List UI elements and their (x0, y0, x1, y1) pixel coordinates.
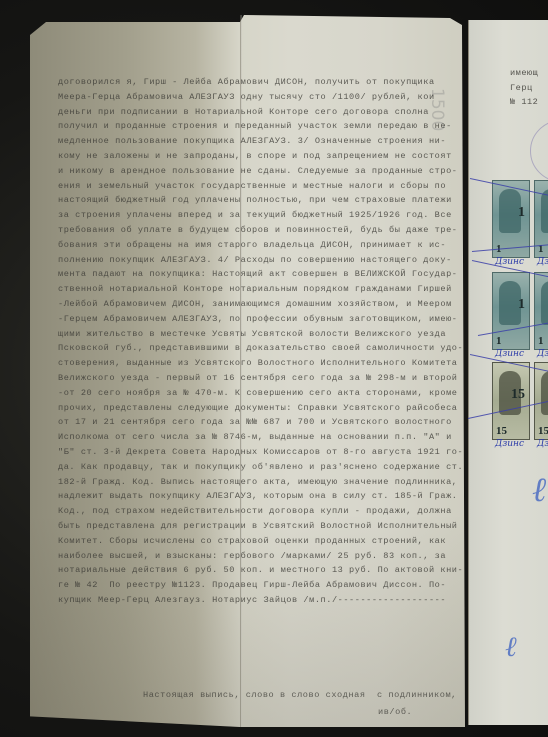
text-line: надлежит выдать покупщику АЛЕЗГАУЗ, кото… (58, 489, 458, 504)
right-text-line: Герц (510, 81, 538, 96)
text-line: -Лейбой Абрамовичем ДИСОН, занимающимся … (58, 297, 458, 312)
stamp-denomination-small: 1 (538, 335, 544, 347)
text-line: Исполкома от сего числа за № 8746-м, выд… (58, 430, 458, 445)
stamp-denomination: 1 (518, 205, 525, 221)
text-line: Код., под страхом недействительности дог… (58, 504, 458, 519)
stamp-denomination-small: 15 (496, 425, 507, 437)
text-line: Меера-Герца Абрамовича АЛЕЗГАУЗ одну тыс… (58, 90, 458, 105)
text-line: да. Как продавцу, так и покупщику об'явл… (58, 460, 458, 475)
text-line: Псковской губ., представившими в доказат… (58, 341, 458, 356)
text-line: нотариальные действия 6 руб. 50 коп. и м… (58, 563, 458, 578)
text-line: -от 20 сего ноября за № 470-м. К соверше… (58, 386, 458, 401)
stamp-cancellation: Дзинс (495, 439, 524, 449)
text-line: от 17 и 21 сентября сего года за №№ 687 … (58, 415, 458, 430)
stamp-denomination: 1 (518, 297, 525, 313)
stamp-cancellation: Дзинс (537, 349, 548, 359)
stamp-denomination: 15 (511, 387, 525, 403)
text-line: прочих, представлены следующие документы… (58, 401, 458, 416)
text-line: стоверения, выданные из Усвятского Волос… (58, 356, 458, 371)
text-line: требования об уплате в будущем сборов и … (58, 223, 458, 238)
revenue-stamp: 11Дзинс (534, 272, 548, 350)
text-line: Велижского уезда - первый от 16 сентября… (58, 371, 458, 386)
text-line: ственной нотариальной Конторе нотариальн… (58, 282, 458, 297)
text-line: купщик Меер-Герц Алезгауз. Нотариус Зайц… (58, 593, 458, 608)
closing-line: Настоящая выпись, слово в слово сходная … (143, 690, 457, 700)
handwritten-signature: ℓ (532, 470, 546, 510)
text-line: и никому в арендное пользование не сданы… (58, 164, 458, 179)
text-line: быть представлена для регистрации в Усвя… (58, 519, 458, 534)
stamp-denomination-small: 15 (538, 425, 548, 437)
revenue-stamp: 11Дзинс (492, 272, 530, 350)
text-line: полнению покупщик АЛЕЗГАУЗ. 4/ Расходы п… (58, 253, 458, 268)
text-line: кому не заложены и не запроданы, в споре… (58, 149, 458, 164)
text-line: медленное пользование покупщика АЛЕЗГАУЗ… (58, 134, 458, 149)
typewritten-body: договорился я, Гирш - Лейба Абрамович ДИ… (58, 75, 458, 608)
right-page-text: имеющГерц№ 112 (510, 66, 538, 110)
worker-figure-icon (541, 371, 548, 415)
right-text-line: № 112 (510, 95, 538, 110)
handwritten-mark: ℓ (505, 630, 517, 664)
text-line: бования эти обращены на имя старого влад… (58, 238, 458, 253)
text-line: "Б" ст. 3-й Декрета Совета Народных Коми… (58, 445, 458, 460)
worker-figure-icon (541, 281, 548, 325)
text-line: Комитет. Сборы исчислены со страховой оц… (58, 534, 458, 549)
text-line: -Герцем Абрамовичем АЛЕЗГАУЗ, по професс… (58, 312, 458, 327)
text-line: мента падают на покупщика: Настоящий акт… (58, 267, 458, 282)
text-line: наиболее высшей, и взысканы: гербового /… (58, 549, 458, 564)
text-line: договорился я, Гирш - Лейба Абрамович ДИ… (58, 75, 458, 90)
text-line: деньги при подписании в Нотариальной Кон… (58, 105, 458, 120)
stamp-cancellation: Дзинс (537, 257, 548, 267)
right-text-line: имеющ (510, 66, 538, 81)
stamp-cancellation: Дзинс (537, 439, 548, 449)
text-line: настоящий бюджетный год уплачены полност… (58, 193, 458, 208)
text-line: ге № 42 По реестру №1123. Продавец Гирш-… (58, 578, 458, 593)
text-line: получил и проданные строения и переданны… (58, 119, 458, 134)
text-line: 182-й Гражд. Код. Выпись настоящего акта… (58, 475, 458, 490)
stamp-cancellation: Дзинс (495, 349, 524, 359)
revenue-stamp: 1515Дзинс (492, 362, 530, 440)
text-line: за строения уплачены вперед и за текущий… (58, 208, 458, 223)
closing-note: ив/об. (378, 707, 412, 717)
text-line: щими жительство в местечке Усвяты Усвятс… (58, 327, 458, 342)
stamp-denomination-small: 1 (496, 335, 502, 347)
text-line: ения и земельный участок государственные… (58, 179, 458, 194)
